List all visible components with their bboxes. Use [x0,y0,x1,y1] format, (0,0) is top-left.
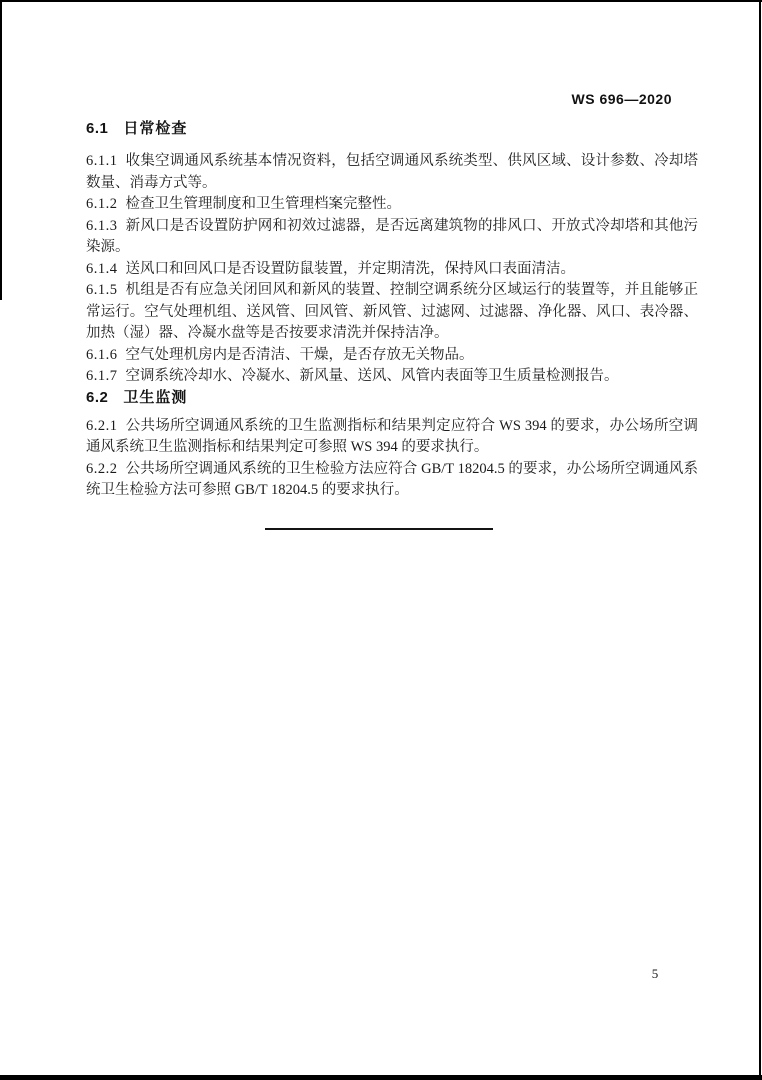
clause-text: 机组是否有应急关闭回风和新风的装置、控制空调系统分区域运行的装置等，并且能够正常… [86,282,698,341]
clause-6-2-2: 6.2.2公共场所空调通风系统的卫生检验方法应符合 GB/T 18204.5 的… [86,459,698,502]
clause-number: 6.2.1 [86,418,118,434]
clause-number: 6.1.7 [86,368,118,384]
scan-edge-bottom [0,1075,762,1080]
clause-number: 6.1.6 [86,347,118,363]
clause-number: 6.1.2 [86,196,118,212]
end-of-text-rule [265,528,493,530]
clause-6-1-1: 6.1.1收集空调通风系统基本情况资料，包括空调通风系统类型、供风区域、设计参数… [86,151,698,194]
document-page: WS 696—2020 6.1日常检查 6.1.1收集空调通风系统基本情况资料，… [0,0,762,1080]
clause-text: 空调系统冷却水、冷凝水、新风量、送风、风管内表面等卫生质量检测报告。 [126,368,619,384]
clause-6-1-7: 6.1.7空调系统冷却水、冷凝水、新风量、送风、风管内表面等卫生质量检测报告。 [86,366,698,388]
clause-text: 检查卫生管理制度和卫生管理档案完整性。 [126,196,402,212]
clause-text: 收集空调通风系统基本情况资料，包括空调通风系统类型、供风区域、设计参数、冷却塔数… [86,153,698,191]
section-heading-6-1: 6.1日常检查 [86,121,698,137]
clause-6-1-3: 6.1.3新风口是否设置防护网和初效过滤器，是否远离建筑物的排风口、开放式冷却塔… [86,216,698,259]
clause-number: 6.1.5 [86,282,118,298]
clause-text: 新风口是否设置防护网和初效过滤器，是否远离建筑物的排风口、开放式冷却塔和其他污染… [86,218,698,256]
clause-6-1-2: 6.1.2检查卫生管理制度和卫生管理档案完整性。 [86,194,698,216]
clause-6-1-6: 6.1.6空气处理机房内是否清洁、干燥，是否存放无关物品。 [86,345,698,367]
clause-text: 公共场所空调通风系统的卫生监测指标和结果判定应符合 WS 394 的要求，办公场… [86,418,698,456]
clause-text: 空气处理机房内是否清洁、干燥，是否存放无关物品。 [126,347,474,363]
page-header: WS 696—2020 [86,91,672,107]
scan-edge-right [759,0,761,1080]
clause-text: 公共场所空调通风系统的卫生检验方法应符合 GB/T 18204.5 的要求，办公… [86,461,698,499]
clause-number: 6.1.4 [86,261,118,277]
section-title: 卫生监测 [123,389,187,406]
page-number: 5 [645,966,665,982]
section-title: 日常检查 [123,120,187,137]
clause-number: 6.1.1 [86,153,118,169]
clause-number: 6.2.2 [86,461,118,477]
scan-edge-left [0,0,2,300]
standard-code: WS 696—2020 [572,91,672,107]
section-number: 6.1 [86,120,108,137]
clause-6-1-5: 6.1.5机组是否有应急关闭回风和新风的装置、控制空调系统分区域运行的装置等，并… [86,280,698,345]
section-heading-6-2: 6.2卫生监测 [86,390,698,406]
clause-number: 6.1.3 [86,218,118,234]
document-content: 6.1日常检查 6.1.1收集空调通风系统基本情况资料，包括空调通风系统类型、供… [86,121,698,502]
scan-edge-top [0,0,762,2]
clause-6-1-4: 6.1.4送风口和回风口是否设置防鼠装置，并定期清洗，保持风口表面清洁。 [86,259,698,281]
clause-text: 送风口和回风口是否设置防鼠装置，并定期清洗，保持风口表面清洁。 [126,261,576,277]
clause-6-2-1: 6.2.1公共场所空调通风系统的卫生监测指标和结果判定应符合 WS 394 的要… [86,416,698,459]
section-number: 6.2 [86,389,108,406]
